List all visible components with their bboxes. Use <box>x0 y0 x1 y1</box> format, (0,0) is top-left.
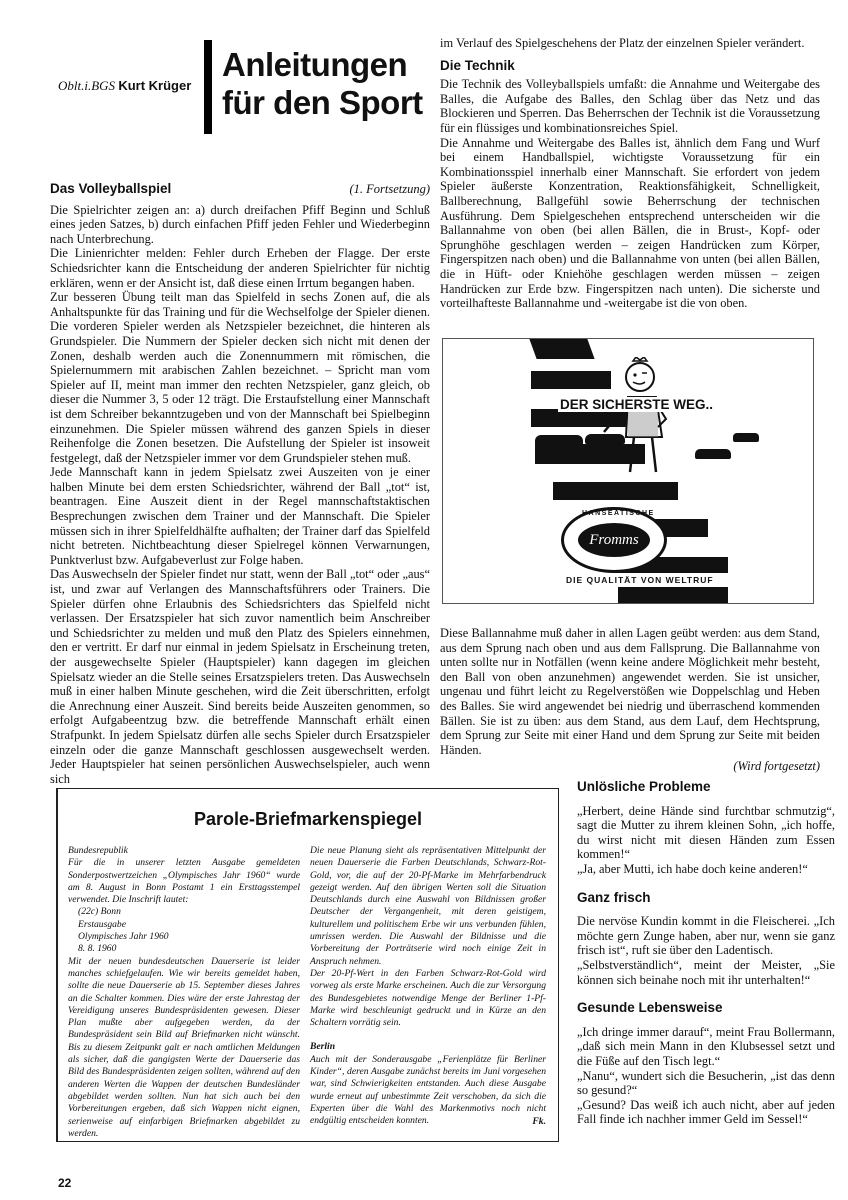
paragraph: Das Auswechseln der Spieler findet nur s… <box>50 567 430 786</box>
article-column-1: Das Volleyballspiel (1. Fortsetzung) Die… <box>50 182 430 786</box>
joke-section: Gesunde Lebensweise „Ich dringe immer da… <box>577 1001 835 1127</box>
paragraph: Jede Mannschaft kann in jedem Spielsatz … <box>50 465 430 567</box>
paragraph: Die neue Planung sieht als repräsentativ… <box>310 845 546 968</box>
stamps-column-left: Bundesrepublik Für die in unserer letzte… <box>68 845 300 1140</box>
continuation-note: (1. Fortsetzung) <box>349 182 430 197</box>
inscription-line: (22c) Bonn <box>68 906 300 918</box>
joke-title: Ganz frisch <box>577 891 835 906</box>
title-divider-bar <box>204 40 212 134</box>
stamps-column-right: Die neue Planung sieht als repräsentativ… <box>310 845 546 1128</box>
inscription-line: 8. 8. 1960 <box>68 943 300 955</box>
author-byline: Oblt.i.BGS Kurt Krüger <box>58 78 191 94</box>
paragraph: Zur besseren Übung teilt man das Spielfe… <box>50 290 430 465</box>
author-name: Kurt Krüger <box>118 78 191 93</box>
joke-title: Gesunde Lebensweise <box>577 1001 835 1016</box>
technik-heading: Die Technik <box>440 59 820 74</box>
joke-line: „Gesund? Das weiß ich auch nicht, aber a… <box>577 1098 835 1127</box>
brand-logo: HANSEATISCHE Fromms <box>561 507 667 573</box>
logo-arc-text: HANSEATISCHE <box>582 510 655 517</box>
joke-title: Unlösliche Probleme <box>577 780 835 795</box>
paragraph: Die Spielrichter zeigen an: a) durch dre… <box>50 203 430 247</box>
paragraph: Die Annahme und Weitergabe des Balles is… <box>440 136 820 311</box>
stamps-title: Parole-Briefmarkenspiegel <box>58 809 558 830</box>
article-column-2-continued: Diese Ballannahme muß daher in allen Lag… <box>440 626 820 774</box>
paragraph: Diese Ballannahme muß daher in allen Lag… <box>440 626 820 757</box>
title-line-2: für den Sport <box>222 84 423 122</box>
joke-section: Unlösliche Probleme „Herbert, deine Händ… <box>577 780 835 877</box>
car-icon <box>733 433 759 442</box>
joke-line: „Ja, aber Mutti, ich habe doch keine and… <box>577 862 835 877</box>
paragraph: im Verlauf des Spielgeschehens der Platz… <box>440 36 820 51</box>
logo-brand-name: Fromms <box>578 523 650 557</box>
ad-headline: DER SICHERSTE WEG.. <box>558 397 715 412</box>
cartoon-man-icon <box>598 357 688 492</box>
stripe <box>529 339 594 359</box>
joke-line: „Herbert, deine Hände sind furchtbar sch… <box>577 804 835 862</box>
inscription-line: Olympisches Jahr 1960 <box>68 931 300 943</box>
joke-line: Die nervöse Kundin kommt in die Fleische… <box>577 914 835 958</box>
author-rank: Oblt.i.BGS <box>58 78 115 93</box>
article-column-2: im Verlauf des Spielgeschehens der Platz… <box>440 36 820 311</box>
section-title: Das Volleyballspiel <box>50 182 171 197</box>
region-heading: Berlin <box>310 1041 546 1053</box>
stamps-box: Parole-Briefmarkenspiegel Bundesrepublik… <box>56 788 559 1142</box>
section-header: Das Volleyballspiel (1. Fortsetzung) <box>50 182 430 197</box>
ad-tagline: DIE QUALITÄT VON WELTRUF <box>563 575 717 585</box>
region-heading: Bundesrepublik <box>68 845 300 857</box>
stripe <box>618 587 728 603</box>
paragraph: Die Technik des Volleyballspiels umfaßt:… <box>440 77 820 135</box>
page-number: 22 <box>58 1176 71 1190</box>
paragraph: Der 20-Pf-Wert in den Farben Schwarz-Rot… <box>310 968 546 1029</box>
car-icon <box>535 435 583 445</box>
joke-line: „Ich dringe immer darauf“, meint Frau Bo… <box>577 1025 835 1069</box>
joke-section: Ganz frisch Die nervöse Kundin kommt in … <box>577 891 835 988</box>
inscription-line: Erstausgabe <box>68 919 300 931</box>
paragraph: Die Linienrichter melden: Fehler durch E… <box>50 246 430 290</box>
car-icon <box>695 449 731 459</box>
advertisement: DER SICHERSTE WEG.. HANSEATISCHE Fromms … <box>442 338 814 604</box>
joke-line: „Nanu“, wundert sich die Besucherin, „is… <box>577 1069 835 1098</box>
joke-line: „Selbstverständlich“, meint der Meister,… <box>577 958 835 987</box>
paragraph: Mit der neuen bundesdeutschen Dauerserie… <box>68 956 300 1140</box>
paragraph: Für die in unserer letzten Ausgabe gemel… <box>68 857 300 906</box>
jokes-column: Unlösliche Probleme „Herbert, deine Händ… <box>577 780 835 1141</box>
to-be-continued-note: (Wird fortgesetzt) <box>440 759 820 774</box>
page-title: Anleitungen für den Sport <box>222 46 423 122</box>
title-line-1: Anleitungen <box>222 46 423 84</box>
